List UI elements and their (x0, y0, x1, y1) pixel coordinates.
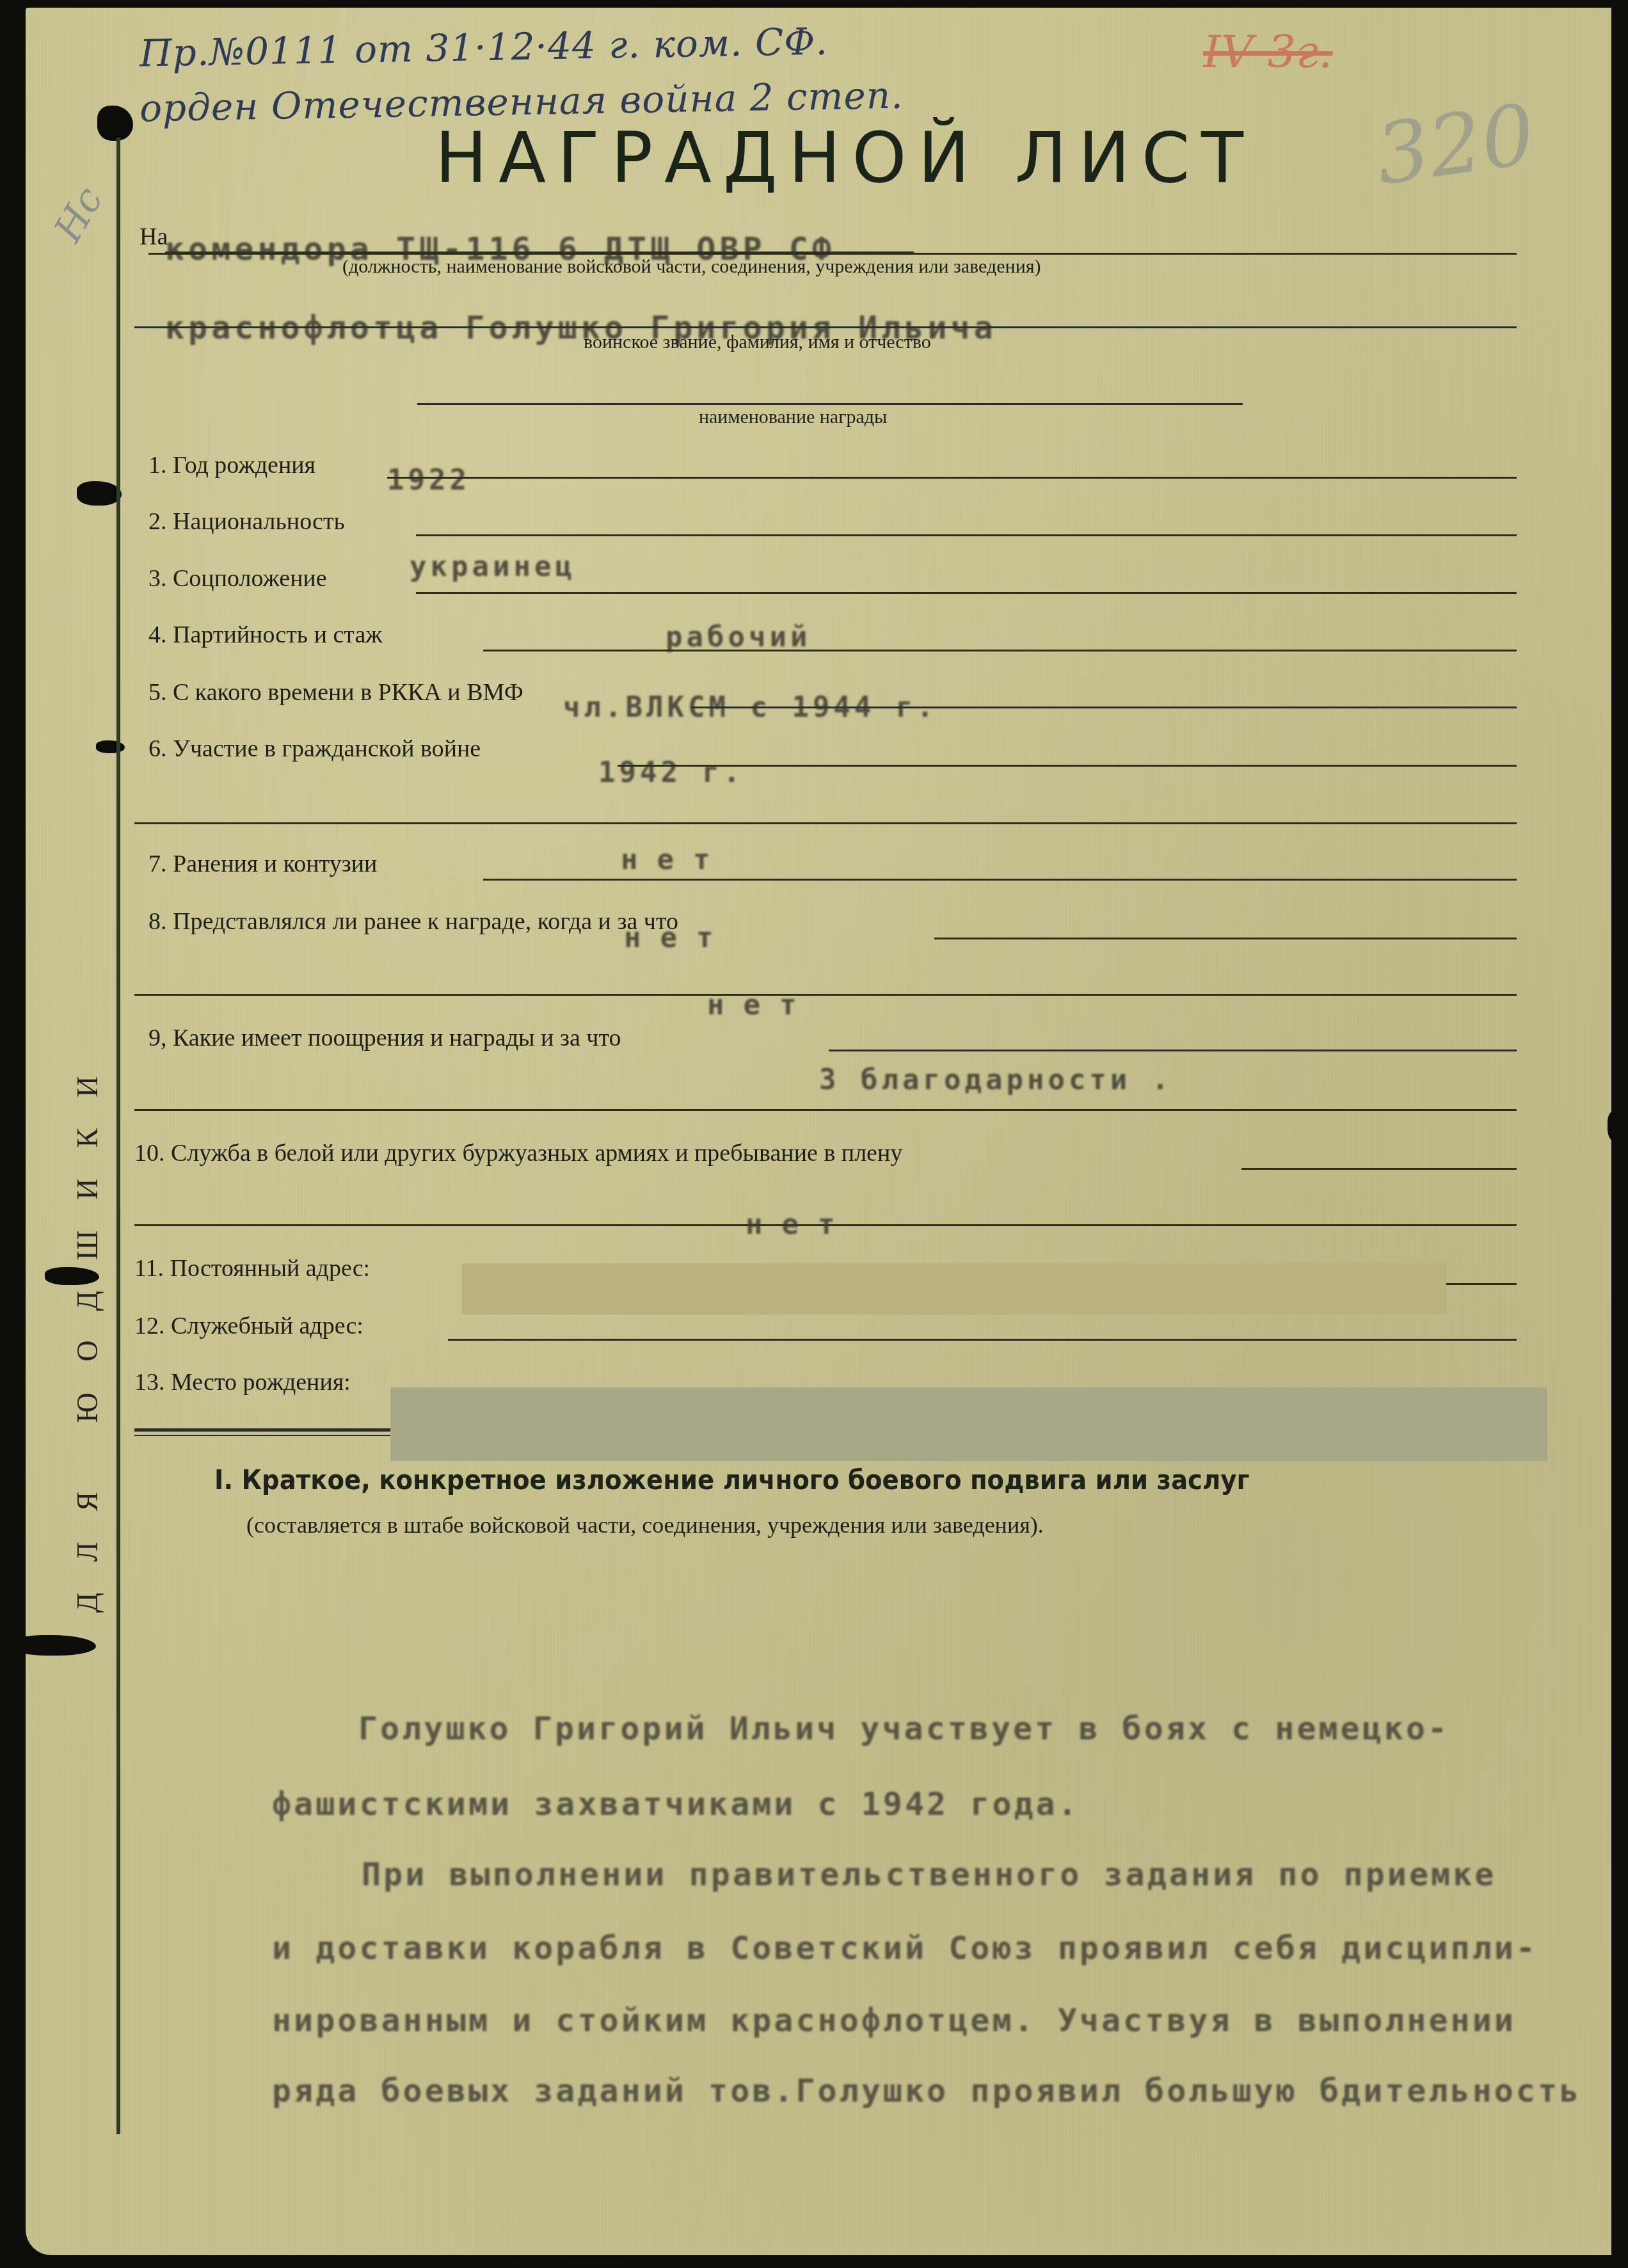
field-value-wounds: нет (624, 922, 732, 954)
field-line-10 (1241, 1168, 1517, 1170)
name-underline (134, 326, 1517, 328)
name-caption: воинское звание, фамилия, имя и отчество (584, 331, 931, 353)
award-caption: наименование награды (699, 406, 887, 428)
field-label-party: 4. Партийность и стаж (148, 621, 383, 649)
edge-tear-right (1608, 1110, 1628, 1142)
narrative-line-6: ряда боевых заданий тов.Голушко проявил … (272, 2072, 1581, 2109)
field-label-social-status: 3. Соцположение (148, 564, 327, 593)
field-line-11 (1440, 1283, 1517, 1285)
field-line-1 (387, 477, 1517, 479)
field-label-wounds: 7. Ранения и контузии (148, 850, 377, 878)
field-line-4 (483, 650, 1517, 651)
field-label-nationality: 2. Национальность (148, 507, 345, 536)
field-line-8 (934, 938, 1517, 939)
section-subheading: (составляется в штабе войсковой части, с… (246, 1512, 1044, 1538)
redaction-birthplace (390, 1387, 1547, 1461)
position-caption: (должность, наименование войсковой части… (342, 256, 1041, 278)
field-label-white-army: 10. Служба в белой или других буржуазных… (134, 1139, 902, 1167)
field-value-commendations: 3 благодарности . (819, 1064, 1172, 1096)
field-label-commendations: 9, Какие имеет поощрения и награды и за … (148, 1024, 621, 1052)
narrative-line-2: фашистскими захватчиками с 1942 года. (272, 1785, 1080, 1823)
recipient-prefix: На (140, 223, 168, 251)
field-label-birthplace: 13. Место рождения: (134, 1368, 351, 1396)
red-pencil-mark: IV 3г. (1203, 26, 1333, 78)
field-line-6 (618, 765, 1517, 767)
field-line-5 (691, 707, 1517, 708)
field-label-prev-award: 8. Представлялся ли ранее к награде, ког… (148, 907, 678, 936)
field-line-12 (448, 1339, 1517, 1341)
field-line-8b (134, 994, 1517, 996)
punch-hole-mid2 (96, 740, 125, 753)
field-value-civil-war: нет (621, 843, 729, 876)
narrative-line-1: Голушко Григорий Ильич участвует в боях … (358, 1710, 1449, 1747)
page-title: НАГРАДНОЙ ЛИСТ (435, 118, 1255, 198)
field-value-nationality: украинец (410, 550, 576, 583)
field-label-birth-year: 1. Год рождения (148, 451, 315, 479)
field-line-7 (483, 879, 1517, 881)
double-rule-2 (134, 1435, 390, 1436)
section-heading: I. Краткое, конкретное изложение личного… (214, 1464, 1250, 1496)
narrative-line-4: и доставки корабля в Советский Союз проя… (272, 1929, 1538, 1967)
redaction-permanent-address (462, 1263, 1446, 1314)
field-line-9 (829, 1050, 1517, 1051)
narrative-line-5: нированным и стойким краснофлотцем. Учас… (272, 2002, 1516, 2039)
field-label-rkka-since: 5. С какого времени в РККА и ВМФ (148, 678, 523, 707)
field-label-permanent-address: 11. Постоянный адрес: (134, 1254, 370, 1282)
field-value-birth-year: 1922 (387, 464, 470, 497)
position-strike (165, 252, 914, 254)
award-underline (417, 403, 1243, 405)
side-label-vertical: ДЛЯ ЮОДШИКИ (70, 1046, 104, 1613)
field-line-9b (134, 1109, 1517, 1111)
field-label-civil-war: 6. Участие в гражданской войне (148, 735, 481, 763)
double-rule-1 (134, 1428, 390, 1432)
field-value-social-status: рабочий (666, 621, 811, 653)
field-line-2 (416, 534, 1517, 536)
punch-hole-mid4 (13, 1635, 96, 1656)
punch-hole-mid1 (77, 481, 122, 506)
field-value-rkka-since: 1942 г. (598, 756, 744, 789)
left-margin-rule (116, 138, 120, 2134)
field-value-white-army: нет (746, 1208, 854, 1241)
field-line-3 (416, 592, 1517, 594)
field-value-prev-award: нет (707, 989, 815, 1021)
field-line-6b (134, 822, 1517, 824)
pencil-top-right-mark: IV 3г. (1203, 26, 1333, 78)
field-label-service-address: 12. Служебный адрес: (134, 1312, 363, 1340)
narrative-line-3: При выполнении правительственного задани… (362, 1856, 1496, 1893)
